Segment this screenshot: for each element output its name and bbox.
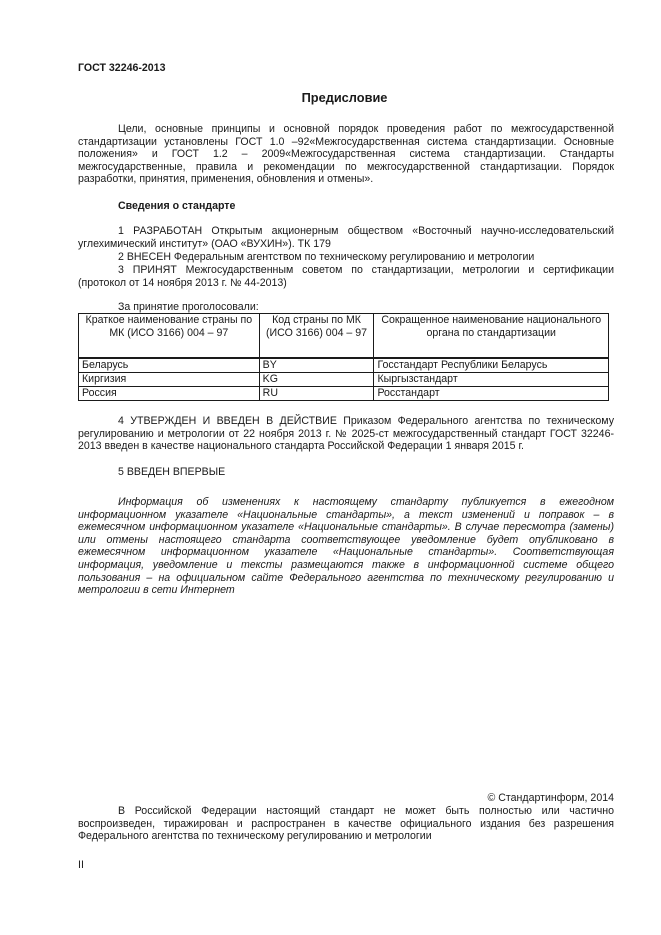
table-cell-code: KG xyxy=(259,373,374,387)
legal-notice: В Российской Федерации настоящий стандар… xyxy=(78,805,614,843)
intro-text: Цели, основные принципы и основной поряд… xyxy=(78,123,614,185)
table-cell-body: Госстандарт Республики Беларусь xyxy=(374,358,609,373)
table-cell-country: Россия xyxy=(79,387,260,401)
vote-label: За принятие проголосовали: xyxy=(118,301,654,314)
page-title: Предисловие xyxy=(0,92,661,105)
table-header-code: Код страны по МК (ИСО 3166) 004 – 97 xyxy=(259,314,374,359)
document-code: ГОСТ 32246-2013 xyxy=(78,62,165,75)
table-header-country: Краткое наименование страны по МК (ИСО 3… xyxy=(79,314,260,359)
intro-paragraph: Цели, основные принципы и основной поряд… xyxy=(78,123,614,186)
legal-notice-text: В Российской Федерации настоящий стандар… xyxy=(78,805,614,842)
table-cell-country: Киргизия xyxy=(79,373,260,387)
item-adopted-text: 3 ПРИНЯТ Межгосударственным советом по с… xyxy=(78,264,614,289)
item-approved-text: 4 УТВЕРЖДЕН И ВВЕДЕН В ДЕЙСТВИЕ Приказом… xyxy=(78,415,614,452)
item-introduced: 2 ВНЕСЕН Федеральным агентством по техни… xyxy=(118,251,618,264)
item-first: 5 ВВЕДЕН ВПЕРВЫЕ xyxy=(118,466,654,479)
table-cell-country: Беларусь xyxy=(79,358,260,373)
item-adopted: 3 ПРИНЯТ Межгосударственным советом по с… xyxy=(78,264,614,289)
item-approved: 4 УТВЕРЖДЕН И ВВЕДЕН В ДЕЙСТВИЕ Приказом… xyxy=(78,415,614,453)
table-cell-body: Кыргызстандарт xyxy=(374,373,609,387)
changes-info-paragraph: Информация об изменениях к настоящему ст… xyxy=(78,496,614,597)
item-developed: 1 РАЗРАБОТАН Открытым акционерным общест… xyxy=(78,225,614,250)
table-header-body: Сокращенное наименование национального о… xyxy=(374,314,609,359)
page-number: II xyxy=(78,859,84,872)
table-header-row: Краткое наименование страны по МК (ИСО 3… xyxy=(79,314,609,359)
table-row: Россия RU Росстандарт xyxy=(79,387,609,401)
table-cell-body: Росстандарт xyxy=(374,387,609,401)
table-cell-code: RU xyxy=(259,387,374,401)
table-cell-code: BY xyxy=(259,358,374,373)
copyright: © Стандартинформ, 2014 xyxy=(488,792,614,805)
section-heading: Сведения о стандарте xyxy=(118,200,654,213)
item-developed-text: 1 РАЗРАБОТАН Открытым акционерным общест… xyxy=(78,225,614,250)
table-row: Беларусь BY Госстандарт Республики Белар… xyxy=(79,358,609,373)
table-row: Киргизия KG Кыргызстандарт xyxy=(79,373,609,387)
vote-table: Краткое наименование страны по МК (ИСО 3… xyxy=(78,313,609,401)
changes-info-text: Информация об изменениях к настоящему ст… xyxy=(78,496,614,596)
